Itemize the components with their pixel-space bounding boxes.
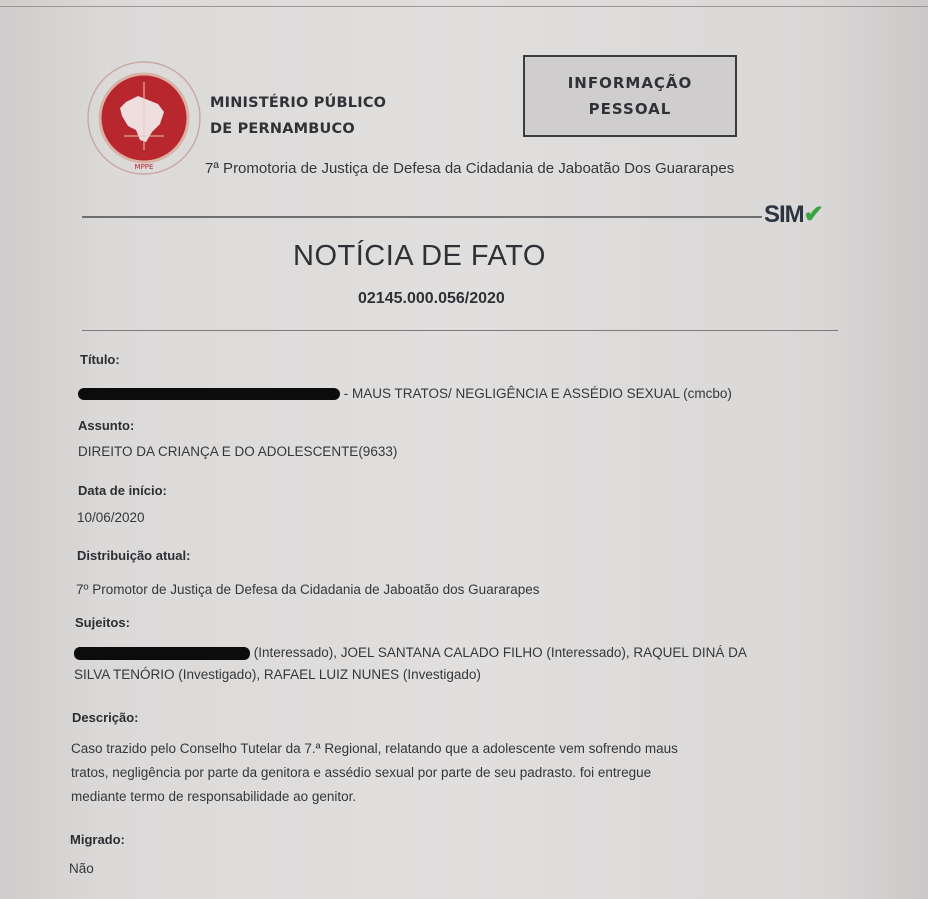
titulo-value: - MAUS TRATOS/ NEGLIGÊNCIA E ASSÉDIO SEX… (78, 383, 732, 405)
document-page: MPPE MINISTÉRIO PÚBLICO DE PERNAMBUCO IN… (0, 0, 928, 899)
organization-name: MINISTÉRIO PÚBLICO DE PERNAMBUCO (210, 90, 386, 142)
sujeitos-value: (Interessado), JOEL SANTANA CALADO FILHO… (74, 642, 747, 686)
badge-line1: INFORMAÇÃO (568, 70, 693, 96)
descricao-line1: Caso trazido pelo Conselho Tutelar da 7.… (71, 737, 678, 761)
document-number: 02145.000.056/2020 (358, 290, 505, 308)
redacted-block (74, 647, 250, 660)
mppe-logo-icon: MPPE (86, 60, 202, 176)
org-name-line2: DE PERNAMBUCO (210, 116, 386, 142)
descricao-line2: tratos, negligência por parte da genitor… (71, 761, 678, 785)
badge-line2: PESSOAL (589, 96, 672, 122)
descricao-line3: mediante termo de responsabilidade ao ge… (71, 785, 678, 809)
titulo-text: - MAUS TRATOS/ NEGLIGÊNCIA E ASSÉDIO SEX… (344, 386, 732, 401)
check-icon: ✔ (804, 201, 823, 228)
assunto-label: Assunto: (78, 418, 134, 433)
descricao-value: Caso trazido pelo Conselho Tutelar da 7.… (71, 737, 678, 809)
distribuicao-value: 7º Promotor de Justiça de Defesa da Cida… (76, 579, 539, 601)
document-title: NOTÍCIA DE FATO (293, 240, 546, 273)
svg-text:MPPE: MPPE (135, 163, 154, 171)
sim-system-logo: SIM✔ (764, 200, 823, 229)
department-name: 7ª Promotoria de Justiça de Defesa da Ci… (205, 160, 734, 177)
distribuicao-label: Distribuição atual: (77, 548, 190, 563)
org-name-line1: MINISTÉRIO PÚBLICO (210, 90, 386, 116)
redacted-block (78, 388, 340, 400)
data-inicio-value: 10/06/2020 (77, 507, 145, 529)
title-divider (82, 330, 838, 331)
data-inicio-label: Data de início: (78, 483, 167, 498)
page-top-edge (0, 6, 928, 7)
titulo-label: Título: (80, 352, 120, 367)
migrado-value: Não (69, 858, 94, 880)
assunto-value: DIREITO DA CRIANÇA E DO ADOLESCENTE(9633… (78, 441, 397, 463)
sujeitos-label: Sujeitos: (75, 615, 130, 630)
header-divider (82, 216, 762, 218)
migrado-label: Migrado: (70, 832, 125, 847)
sujeitos-line2: SILVA TENÓRIO (Investigado), RAFAEL LUIZ… (74, 664, 747, 686)
sujeitos-line1: (Interessado), JOEL SANTANA CALADO FILHO… (74, 642, 747, 664)
descricao-label: Descrição: (72, 710, 138, 725)
information-classification-badge: INFORMAÇÃO PESSOAL (523, 55, 737, 137)
sim-logo-text: SIM (764, 201, 804, 228)
